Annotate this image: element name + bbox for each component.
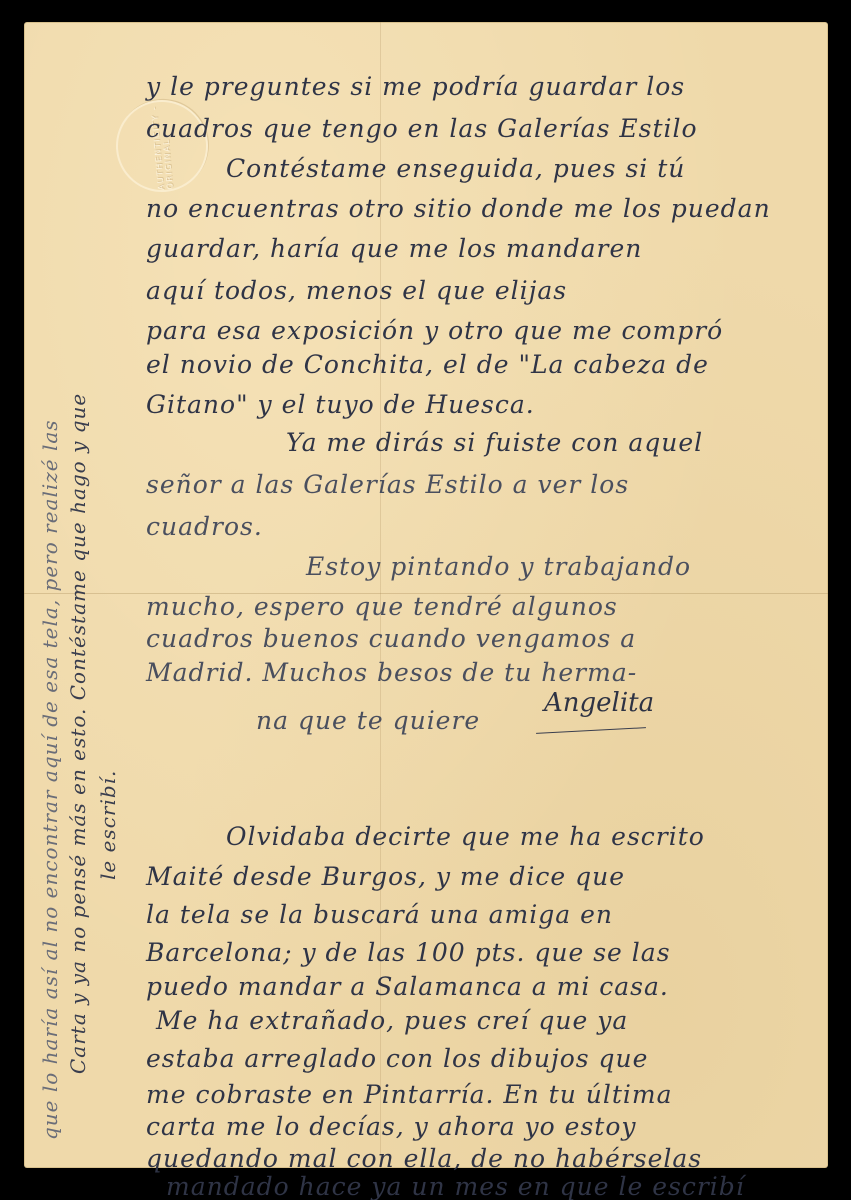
letter-line: Ya me dirás si fuiste con aquel [286,428,703,457]
embossed-stamp-icon: AUTHENTICITY - ORIGINAL [112,96,212,196]
letter-line: señor a las Galerías Estilo a ver los [146,470,629,499]
letter-line: Contéstame enseguida, pues si tú [226,154,685,183]
letter-line: na que te quiere [256,706,480,735]
letter-line: mucho, espero que tendré algunos [146,592,618,621]
postscript-line: la tela se la buscará una amiga en [146,900,613,929]
postscript-line: mandado hace ya un mes en que le escribí [166,1172,745,1200]
letter-line: cuadros que tengo en las Galerías Estilo [146,114,698,143]
letter-line: el novio de Conchita, el de "La cabeza d… [146,350,709,379]
letter-line: Estoy pintando y trabajando [306,552,691,581]
postscript-line: Me ha extrañado, pues creí que ya [156,1006,628,1035]
postscript-line: Olvidaba decirte que me ha escrito [226,822,705,851]
letter-line: cuadros. [146,512,263,541]
margin-note: que lo haría así al no encontrar aquí de… [38,419,62,1140]
postscript-line: puedo mandar a Salamanca a mi casa. [146,972,669,1001]
letter-line: para esa exposición y otro que me compró [146,316,723,345]
postscript-line: Barcelona; y de las 100 pts. que se las [146,938,671,967]
letter-line: cuadros buenos cuando vengamos a [146,624,636,653]
letter-line: Gitano" y el tuyo de Huesca. [146,390,535,419]
margin-note: le escribí. [96,770,120,880]
letter-line: Madrid. Muchos besos de tu herma- [146,658,637,687]
letter-line: y le preguntes si me podría guardar los [146,72,685,101]
letter-line: no encuentras otro sitio donde me los pu… [146,194,771,223]
letter-line: guardar, haría que me los mandaren [146,234,642,263]
margin-note: Carta y ya no pensé más en esto. Contést… [66,393,90,1074]
signature-underline [536,727,646,734]
letter-page: AUTHENTICITY - ORIGINAL y le preguntes s… [24,22,828,1168]
postscript-line: quedando mal con ella, de no habérselas [146,1144,702,1173]
postscript-line: Maité desde Burgos, y me dice que [146,862,625,891]
signature: Angelita [544,688,654,718]
postscript-line: me cobraste en Pintarría. En tu última [146,1080,673,1109]
letter-line: aquí todos, menos el que elijas [146,276,567,305]
postscript-line: estaba arreglado con los dibujos que [146,1044,648,1073]
postscript-line: carta me lo decías, y ahora yo estoy [146,1112,637,1141]
